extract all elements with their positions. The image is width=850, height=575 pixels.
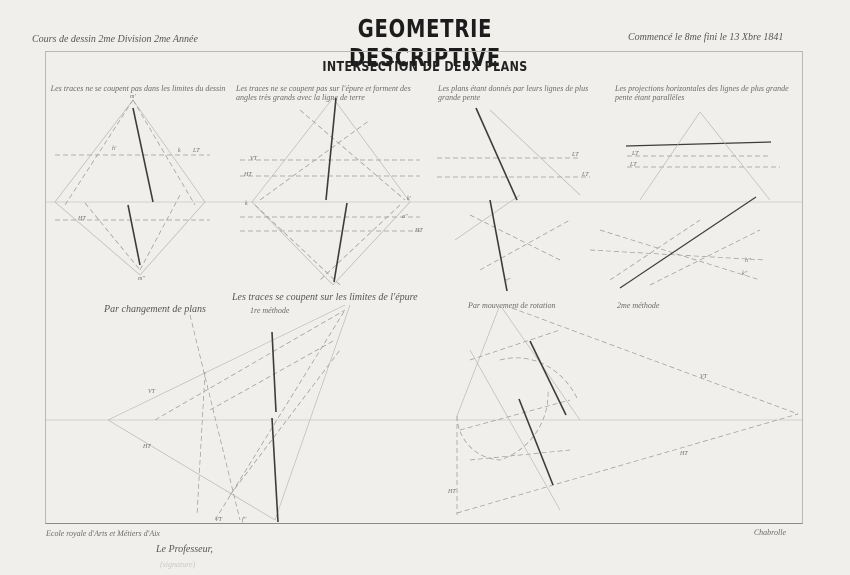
svg-text:f'': f'' [242, 516, 247, 523]
svg-text:LT: LT [581, 172, 589, 178]
svg-text:a'': a'' [402, 214, 408, 220]
footer-note: Ecole royale d'Arts et Métiers d'Aix [46, 529, 160, 538]
svg-text:VT: VT [250, 156, 258, 162]
figure-4: LTLT h''k'' [590, 112, 780, 288]
figure-6: VTHT HT [447, 305, 798, 515]
svg-text:VT: VT [215, 517, 223, 523]
svg-text:HT: HT [414, 228, 423, 234]
svg-text:h': h' [112, 146, 117, 152]
svg-text:m'': m'' [138, 276, 146, 282]
figure-2: VTHT kk' a''HT [240, 98, 423, 285]
svg-text:k': k' [407, 196, 412, 202]
svg-text:HT: HT [142, 444, 151, 450]
professor-signature: (signature) [160, 560, 195, 569]
svg-text:k'': k'' [742, 271, 748, 277]
svg-text:HT: HT [447, 489, 456, 495]
svg-text:HT: HT [679, 451, 688, 457]
svg-text:HT: HT [243, 172, 252, 178]
svg-text:k: k [178, 148, 181, 154]
svg-text:LT: LT [631, 151, 639, 157]
geometric-drawings: m'h' kLT HTm'' VTHT kk' a''HT [0, 0, 850, 575]
svg-text:HT: HT [77, 216, 86, 222]
svg-text:VT: VT [148, 389, 156, 395]
svg-text:LT: LT [629, 162, 637, 168]
svg-text:k: k [245, 201, 248, 207]
svg-text:LT: LT [571, 152, 579, 158]
figure-5: VTHT VTf'' [108, 305, 350, 523]
svg-text:h'': h'' [745, 258, 751, 264]
svg-text:LT: LT [192, 148, 200, 154]
figure-1: m'h' kLT HTm'' [55, 94, 210, 282]
engraved-plate: Cours de dessin 2me Division 2me Année G… [0, 0, 850, 575]
svg-text:e'': e'' [505, 278, 511, 284]
footer-professor: Le Professeur, [156, 544, 213, 555]
svg-text:VT: VT [700, 374, 708, 380]
figure-3: LTLT e'' [437, 108, 590, 291]
artist-signature: Chabrolle [754, 528, 786, 537]
svg-text:m': m' [130, 94, 136, 100]
